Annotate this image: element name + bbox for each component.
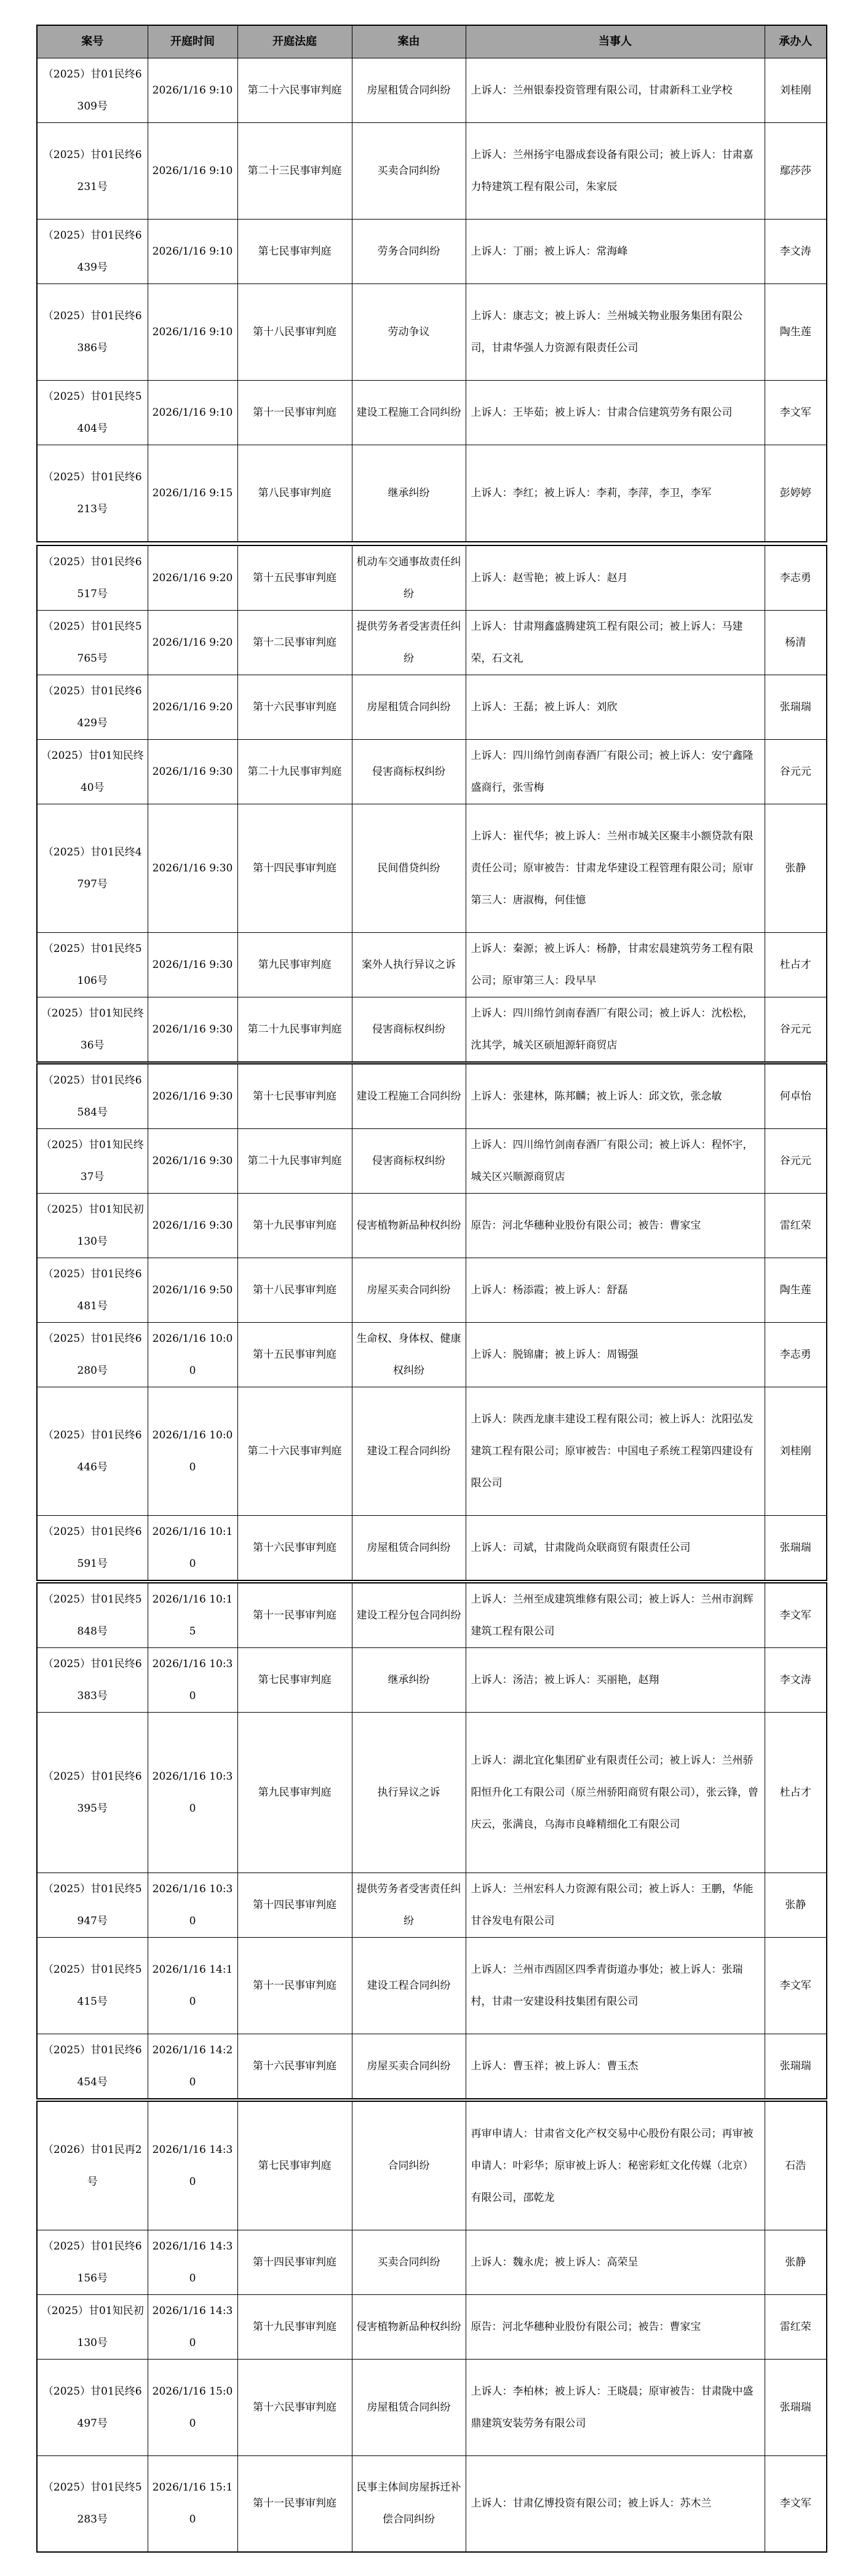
judge-cell: 杜占才 [765, 1713, 827, 1873]
judge-cell: 彭婷婷 [765, 445, 827, 542]
table-row: （2025）甘01民终5283号2026/1/16 15:10第十一民事审判庭民… [37, 2455, 827, 2552]
judge-cell: 杜占才 [765, 933, 827, 997]
hearing-time-cell: 2026/1/16 9:30 [148, 1129, 237, 1194]
case-number-cell: （2025）甘01知民终36号 [37, 997, 148, 1063]
header-courtroom: 开庭法庭 [237, 25, 352, 58]
case-number-cell: （2025）甘01民终5404号 [37, 381, 148, 445]
parties-cell: 上诉人：兰州市西固区四季青街道办事处；被上诉人：张瑞村，甘肃一安建设科技集团有限… [466, 1938, 765, 2034]
parties-cell: 上诉人：杨添霞；被上诉人：舒磊 [466, 1258, 765, 1323]
case-number-cell: （2025）甘01民终6156号 [37, 2230, 148, 2294]
parties-cell: 上诉人：司斌，甘肃陇尚众联商贸有限责任公司 [466, 1516, 765, 1581]
cause-cell: 劳务合同纠纷 [352, 220, 466, 284]
table-row: （2025）甘01民终5848号2026/1/16 10:15第十一民事审判庭建… [37, 1583, 827, 1648]
parties-cell: 上诉人：兰州至成建筑维修有限公司；被上诉人：兰州市润辉建筑工程有限公司 [466, 1583, 765, 1648]
table-row: （2025）甘01民终6386号2026/1/16 9:10第十八民事审判庭劳动… [37, 284, 827, 381]
hearing-time-cell: 2026/1/16 14:10 [148, 1938, 237, 2034]
hearing-time-cell: 2026/1/16 9:10 [148, 381, 237, 445]
courtroom-cell: 第十六民事审判庭 [237, 1516, 352, 1581]
case-number-cell: （2025）甘01民终6309号 [37, 58, 148, 123]
hearing-time-cell: 2026/1/16 14:20 [148, 2034, 237, 2099]
hearing-time-cell: 2026/1/16 10:30 [148, 1713, 237, 1873]
courtroom-cell: 第十六民事审判庭 [237, 2359, 352, 2455]
hearing-time-cell: 2026/1/16 10:30 [148, 1873, 237, 1938]
parties-cell: 原告：河北华穗种业股份有限公司；被告：曹家宝 [466, 1194, 765, 1258]
case-number-cell: （2025）甘01民终6481号 [37, 1258, 148, 1323]
cause-cell: 建设工程分包合同纠纷 [352, 1583, 466, 1648]
cause-cell: 劳动争议 [352, 284, 466, 381]
case-number-cell: （2025）甘01民终6454号 [37, 2034, 148, 2099]
judge-cell: 李志勇 [765, 1323, 827, 1387]
hearing-time-cell: 2026/1/16 14:30 [148, 2230, 237, 2294]
table-section-2: （2025）甘01民终6517号2026/1/16 9:20第十五民事审判庭机动… [36, 545, 826, 1063]
courtroom-cell: 第十一民事审判庭 [237, 2455, 352, 2552]
courtroom-cell: 第二十三民事审判庭 [237, 123, 352, 220]
hearing-time-cell: 2026/1/16 9:20 [148, 545, 237, 611]
table-header-row: 案号 开庭时间 开庭法庭 案由 当事人 承办人 [37, 25, 827, 58]
courtroom-cell: 第九民事审判庭 [237, 933, 352, 997]
parties-cell: 上诉人：王毕茹；被上诉人：甘肃合信建筑劳务有限公司 [466, 381, 765, 445]
table-row: （2025）甘01民终6429号2026/1/16 9:20第十六民事审判庭房屋… [37, 675, 827, 740]
cause-cell: 房屋租赁合同纠纷 [352, 1516, 466, 1581]
parties-cell: 上诉人：甘肃亿博投资有限公司；被上诉人：苏木兰 [466, 2455, 765, 2552]
judge-cell: 张瑞瑞 [765, 2034, 827, 2099]
schedule-table: （2025）甘01民终6584号2026/1/16 9:30第十七民事审判庭建设… [36, 1063, 827, 1581]
judge-cell: 张瑞瑞 [765, 675, 827, 740]
cause-cell: 侵害植物新品种权纠纷 [352, 1194, 466, 1258]
courtroom-cell: 第二十六民事审判庭 [237, 58, 352, 123]
courtroom-cell: 第十二民事审判庭 [237, 611, 352, 675]
courtroom-cell: 第七民事审判庭 [237, 2101, 352, 2230]
parties-cell: 上诉人：李红；被上诉人：李莉，李萍，李卫，李军 [466, 445, 765, 542]
parties-cell: 上诉人：赵雪艳；被上诉人：赵月 [466, 545, 765, 611]
table-row: （2025）甘01知民初130号2026/1/16 9:30第十九民事审判庭侵害… [37, 1194, 827, 1258]
table-row: （2025）甘01民终5106号2026/1/16 9:30第九民事审判庭案外人… [37, 933, 827, 997]
courtroom-cell: 第十一民事审判庭 [237, 381, 352, 445]
case-number-cell: （2025）甘01民终6517号 [37, 545, 148, 611]
cause-cell: 侵害商标权纠纷 [352, 740, 466, 804]
courtroom-cell: 第十九民事审判庭 [237, 1194, 352, 1258]
parties-cell: 上诉人：李柏林；被上诉人：王晓晨；原审被告：甘肃陇中盛鼎建筑安装劳务有限公司 [466, 2359, 765, 2455]
parties-cell: 上诉人：四川绵竹剑南春酒厂有限公司；被上诉人：安宁鑫隆盛商行，张雪梅 [466, 740, 765, 804]
hearing-time-cell: 2026/1/16 9:30 [148, 804, 237, 933]
hearing-time-cell: 2026/1/16 14:30 [148, 2101, 237, 2230]
parties-cell: 上诉人：四川绵竹剑南春酒厂有限公司；被上诉人：程怀宇，城关区兴顺源商贸店 [466, 1129, 765, 1194]
case-number-cell: （2026）甘01民再2号 [37, 2101, 148, 2230]
courtroom-cell: 第十六民事审判庭 [237, 675, 352, 740]
header-parties: 当事人 [466, 25, 765, 58]
cause-cell: 案外人执行异议之诉 [352, 933, 466, 997]
courtroom-cell: 第二十九民事审判庭 [237, 1129, 352, 1194]
judge-cell: 谷元元 [765, 1129, 827, 1194]
judge-cell: 石浩 [765, 2101, 827, 2230]
judge-cell: 李文涛 [765, 1648, 827, 1713]
hearing-time-cell: 2026/1/16 9:10 [148, 284, 237, 381]
table-row: （2025）甘01民终6481号2026/1/16 9:50第十八民事审判庭房屋… [37, 1258, 827, 1323]
cause-cell: 房屋租赁合同纠纷 [352, 675, 466, 740]
hearing-time-cell: 2026/1/16 9:10 [148, 58, 237, 123]
cause-cell: 买卖合同纠纷 [352, 2230, 466, 2294]
cause-cell: 提供劳务者受害责任纠纷 [352, 1873, 466, 1938]
judge-cell: 李文军 [765, 381, 827, 445]
hearing-time-cell: 2026/1/16 10:00 [148, 1323, 237, 1387]
judge-cell: 张静 [765, 804, 827, 933]
table-row: （2025）甘01民终5415号2026/1/16 14:10第十一民事审判庭建… [37, 1938, 827, 2034]
parties-cell: 上诉人：湖北宜化集团矿业有限责任公司；被上诉人：兰州骄阳恒升化工有限公司（原兰州… [466, 1713, 765, 1873]
courtroom-cell: 第二十六民事审判庭 [237, 1387, 352, 1516]
table-row: （2025）甘01民终6454号2026/1/16 14:20第十六民事审判庭房… [37, 2034, 827, 2099]
cause-cell: 建设工程合同纠纷 [352, 1938, 466, 2034]
cause-cell: 机动车交通事故责任纠纷 [352, 545, 466, 611]
header-hearing-time: 开庭时间 [148, 25, 237, 58]
table-row: （2025）甘01民终6383号2026/1/16 10:30第七民事审判庭继承… [37, 1648, 827, 1713]
table-row: （2025）甘01民终6213号2026/1/16 9:15第八民事审判庭继承纠… [37, 445, 827, 542]
table-row: （2025）甘01民终6280号2026/1/16 10:00第十五民事审判庭生… [37, 1323, 827, 1387]
table-row: （2025）甘01民终6156号2026/1/16 14:30第十四民事审判庭买… [37, 2230, 827, 2294]
judge-cell: 李文涛 [765, 220, 827, 284]
courtroom-cell: 第十四民事审判庭 [237, 1873, 352, 1938]
hearing-time-cell: 2026/1/16 10:00 [148, 1387, 237, 1516]
table-row: （2025）甘01民终5765号2026/1/16 9:20第十二民事审判庭提供… [37, 611, 827, 675]
case-number-cell: （2025）甘01知民初130号 [37, 1194, 148, 1258]
cause-cell: 民间借贷纠纷 [352, 804, 466, 933]
table-section-1: 案号 开庭时间 开庭法庭 案由 当事人 承办人 （2025）甘01民终6309号… [36, 25, 826, 542]
case-number-cell: （2025）甘01民终5283号 [37, 2455, 148, 2552]
hearing-time-cell: 2026/1/16 10:15 [148, 1583, 237, 1648]
cause-cell: 建设工程合同纠纷 [352, 1387, 466, 1516]
table-row: （2025）甘01知民终40号2026/1/16 9:30第二十九民事审判庭侵害… [37, 740, 827, 804]
table-row: （2025）甘01民终5947号2026/1/16 10:30第十四民事审判庭提… [37, 1873, 827, 1938]
courtroom-cell: 第八民事审判庭 [237, 445, 352, 542]
case-number-cell: （2025）甘01民终6213号 [37, 445, 148, 542]
cause-cell: 继承纠纷 [352, 445, 466, 542]
courtroom-cell: 第七民事审判庭 [237, 1648, 352, 1713]
judge-cell: 何卓怡 [765, 1064, 827, 1129]
schedule-table: （2025）甘01民终6517号2026/1/16 9:20第十五民事审判庭机动… [36, 545, 827, 1063]
case-number-cell: （2025）甘01知民终40号 [37, 740, 148, 804]
cause-cell: 房屋租赁合同纠纷 [352, 2359, 466, 2455]
parties-cell: 上诉人：张建林，陈邦麟；被上诉人：邱文钦，张念敏 [466, 1064, 765, 1129]
hearing-time-cell: 2026/1/16 9:10 [148, 123, 237, 220]
case-number-cell: （2025）甘01民终5415号 [37, 1938, 148, 2034]
case-number-cell: （2025）甘01民终4797号 [37, 804, 148, 933]
cause-cell: 房屋买卖合同纠纷 [352, 1258, 466, 1323]
judge-cell: 李文军 [765, 1583, 827, 1648]
table-row: （2025）甘01民终6446号2026/1/16 10:00第二十六民事审判庭… [37, 1387, 827, 1516]
cause-cell: 民事主体间房屋拆迁补偿合同纠纷 [352, 2455, 466, 2552]
hearing-time-cell: 2026/1/16 9:10 [148, 220, 237, 284]
courtroom-cell: 第十四民事审判庭 [237, 804, 352, 933]
courtroom-cell: 第七民事审判庭 [237, 220, 352, 284]
hearing-time-cell: 2026/1/16 9:50 [148, 1258, 237, 1323]
parties-cell: 上诉人：康志文；被上诉人：兰州城关物业服务集团有限公司，甘肃华强人力资源有限责任… [466, 284, 765, 381]
hearing-time-cell: 2026/1/16 10:10 [148, 1516, 237, 1581]
case-number-cell: （2025）甘01民终6429号 [37, 675, 148, 740]
case-number-cell: （2025）甘01民终6395号 [37, 1713, 148, 1873]
parties-cell: 上诉人：曹玉祥；被上诉人：曹玉杰 [466, 2034, 765, 2099]
schedule-table: 案号 开庭时间 开庭法庭 案由 当事人 承办人 （2025）甘01民终6309号… [36, 25, 827, 542]
table-section-3: （2025）甘01民终6584号2026/1/16 9:30第十七民事审判庭建设… [36, 1063, 826, 1581]
cause-cell: 建设工程施工合同纠纷 [352, 1064, 466, 1129]
case-number-cell: （2025）甘01民终6584号 [37, 1064, 148, 1129]
parties-cell: 再审申请人：甘肃省文化产权交易中心股份有限公司；再审被申请人：叶彩华；原审被上诉… [466, 2101, 765, 2230]
table-row: （2026）甘01民再2号2026/1/16 14:30第七民事审判庭合同纠纷再… [37, 2101, 827, 2230]
judge-cell: 雷红荣 [765, 1194, 827, 1258]
case-number-cell: （2025）甘01知民终37号 [37, 1129, 148, 1194]
cause-cell: 继承纠纷 [352, 1648, 466, 1713]
table-row: （2025）甘01民终5404号2026/1/16 9:10第十一民事审判庭建设… [37, 381, 827, 445]
schedule-table: （2025）甘01民终5848号2026/1/16 10:15第十一民事审判庭建… [36, 1582, 827, 2099]
cause-cell: 侵害植物新品种权纠纷 [352, 2294, 466, 2359]
parties-cell: 上诉人：兰州宏科人力资源有限公司；被上诉人：王鹏，华能甘谷发电有限公司 [466, 1873, 765, 1938]
table-section-4: （2025）甘01民终5848号2026/1/16 10:15第十一民事审判庭建… [36, 1582, 826, 2099]
case-number-cell: （2025）甘01民终5848号 [37, 1583, 148, 1648]
judge-cell: 张瑞瑞 [765, 1516, 827, 1581]
parties-cell: 上诉人：汤洁；被上诉人：买丽艳，赵翔 [466, 1648, 765, 1713]
hearing-time-cell: 2026/1/16 9:30 [148, 1064, 237, 1129]
table-row: （2025）甘01民终6395号2026/1/16 10:30第九民事审判庭执行… [37, 1713, 827, 1873]
table-row: （2025）甘01知民初130号2026/1/16 14:30第十九民事审判庭侵… [37, 2294, 827, 2359]
courtroom-cell: 第九民事审判庭 [237, 1713, 352, 1873]
parties-cell: 上诉人：王磊；被上诉人：刘欣 [466, 675, 765, 740]
judge-cell: 张瑞瑞 [765, 2359, 827, 2455]
hearing-time-cell: 2026/1/16 9:15 [148, 445, 237, 542]
table-row: （2025）甘01民终6584号2026/1/16 9:30第十七民事审判庭建设… [37, 1064, 827, 1129]
case-number-cell: （2025）甘01民终6386号 [37, 284, 148, 381]
parties-cell: 上诉人：兰州银泰投资管理有限公司，甘肃新科工业学校 [466, 58, 765, 123]
judge-cell: 陶生莲 [765, 284, 827, 381]
table-row: （2025）甘01民终6309号2026/1/16 9:10第二十六民事审判庭房… [37, 58, 827, 123]
cause-cell: 房屋买卖合同纠纷 [352, 2034, 466, 2099]
parties-cell: 原告：河北华穗种业股份有限公司；被告：曹家宝 [466, 2294, 765, 2359]
hearing-time-cell: 2026/1/16 9:20 [148, 611, 237, 675]
cause-cell: 侵害商标权纠纷 [352, 997, 466, 1063]
case-number-cell: （2025）甘01知民初130号 [37, 2294, 148, 2359]
judge-cell: 谷元元 [765, 997, 827, 1063]
table-row: （2025）甘01知民终36号2026/1/16 9:30第二十九民事审判庭侵害… [37, 997, 827, 1063]
hearing-time-cell: 2026/1/16 9:30 [148, 997, 237, 1063]
table-row: （2025）甘01民终6231号2026/1/16 9:10第二十三民事审判庭买… [37, 123, 827, 220]
header-case-no: 案号 [37, 25, 148, 58]
table-row: （2025）甘01知民终37号2026/1/16 9:30第二十九民事审判庭侵害… [37, 1129, 827, 1194]
hearing-time-cell: 2026/1/16 10:30 [148, 1648, 237, 1713]
parties-cell: 上诉人：丁丽；被上诉人：常海峰 [466, 220, 765, 284]
parties-cell: 上诉人：陕西龙康丰建设工程有限公司；被上诉人：沈阳弘发建筑工程有限公司；原审被告… [466, 1387, 765, 1516]
cause-cell: 提供劳务者受害责任纠纷 [352, 611, 466, 675]
judge-cell: 李文军 [765, 1938, 827, 2034]
parties-cell: 上诉人：甘肃翔鑫盛腾建筑工程有限公司；被上诉人：马建荣，石文礼 [466, 611, 765, 675]
judge-cell: 李文军 [765, 2455, 827, 2552]
table-row: （2025）甘01民终4797号2026/1/16 9:30第十四民事审判庭民间… [37, 804, 827, 933]
courtroom-cell: 第十九民事审判庭 [237, 2294, 352, 2359]
judge-cell: 张静 [765, 1873, 827, 1938]
table-section-5: （2026）甘01民再2号2026/1/16 14:30第七民事审判庭合同纠纷再… [36, 2101, 826, 2553]
table-row: （2025）甘01民终6517号2026/1/16 9:20第十五民事审判庭机动… [37, 545, 827, 611]
case-number-cell: （2025）甘01民终6446号 [37, 1387, 148, 1516]
judge-cell: 刘桂刚 [765, 58, 827, 123]
judge-cell: 陶生莲 [765, 1258, 827, 1323]
case-number-cell: （2025）甘01民终6439号 [37, 220, 148, 284]
case-number-cell: （2025）甘01民终6383号 [37, 1648, 148, 1713]
courtroom-cell: 第十一民事审判庭 [237, 1583, 352, 1648]
table-row: （2025）甘01民终6439号2026/1/16 9:10第七民事审判庭劳务合… [37, 220, 827, 284]
cause-cell: 生命权、身体权、健康权纠纷 [352, 1323, 466, 1387]
courtroom-cell: 第十六民事审判庭 [237, 2034, 352, 2099]
cause-cell: 侵害商标权纠纷 [352, 1129, 466, 1194]
schedule-table: （2026）甘01民再2号2026/1/16 14:30第七民事审判庭合同纠纷再… [36, 2101, 827, 2553]
table-row: （2025）甘01民终6591号2026/1/16 10:10第十六民事审判庭房… [37, 1516, 827, 1581]
table-row: （2025）甘01民终6497号2026/1/16 15:00第十六民事审判庭房… [37, 2359, 827, 2455]
case-number-cell: （2025）甘01民终5765号 [37, 611, 148, 675]
judge-cell: 刘桂刚 [765, 1387, 827, 1516]
courtroom-cell: 第十一民事审判庭 [237, 1938, 352, 2034]
case-number-cell: （2025）甘01民终5947号 [37, 1873, 148, 1938]
parties-cell: 上诉人：兰州扬宇电器成套设备有限公司；被上诉人：甘肃嘉力特建筑工程有限公司，朱家… [466, 123, 765, 220]
hearing-time-cell: 2026/1/16 9:30 [148, 740, 237, 804]
header-cause: 案由 [352, 25, 466, 58]
judge-cell: 谷元元 [765, 740, 827, 804]
judge-cell: 张静 [765, 2230, 827, 2294]
parties-cell: 上诉人：四川绵竹剑南春酒厂有限公司；被上诉人：沈松松，沈其学，城关区硕旭源轩商贸… [466, 997, 765, 1063]
courtroom-cell: 第十五民事审判庭 [237, 1323, 352, 1387]
judge-cell: 李志勇 [765, 545, 827, 611]
hearing-time-cell: 2026/1/16 9:20 [148, 675, 237, 740]
case-number-cell: （2025）甘01民终5106号 [37, 933, 148, 997]
courtroom-cell: 第二十九民事审判庭 [237, 997, 352, 1063]
courtroom-cell: 第十四民事审判庭 [237, 2230, 352, 2294]
case-number-cell: （2025）甘01民终6591号 [37, 1516, 148, 1581]
cause-cell: 房屋租赁合同纠纷 [352, 58, 466, 123]
parties-cell: 上诉人：魏永虎；被上诉人：高荣呈 [466, 2230, 765, 2294]
case-number-cell: （2025）甘01民终6231号 [37, 123, 148, 220]
hearing-time-cell: 2026/1/16 15:00 [148, 2359, 237, 2455]
parties-cell: 上诉人：崔代华；被上诉人：兰州市城关区聚丰小额贷款有限责任公司；原审被告：甘肃龙… [466, 804, 765, 933]
courtroom-cell: 第二十九民事审判庭 [237, 740, 352, 804]
cause-cell: 合同纠纷 [352, 2101, 466, 2230]
judge-cell: 杨清 [765, 611, 827, 675]
case-number-cell: （2025）甘01民终6280号 [37, 1323, 148, 1387]
header-judge: 承办人 [765, 25, 827, 58]
judge-cell: 雷红荣 [765, 2294, 827, 2359]
hearing-time-cell: 2026/1/16 9:30 [148, 933, 237, 997]
courtroom-cell: 第十八民事审判庭 [237, 284, 352, 381]
courtroom-cell: 第十七民事审判庭 [237, 1064, 352, 1129]
parties-cell: 上诉人：脱锦庸；被上诉人：周锡强 [466, 1323, 765, 1387]
parties-cell: 上诉人：秦源；被上诉人：杨静，甘肃宏晨建筑劳务工程有限公司；原审第三人：段早早 [466, 933, 765, 997]
hearing-time-cell: 2026/1/16 14:30 [148, 2294, 237, 2359]
cause-cell: 建设工程施工合同纠纷 [352, 381, 466, 445]
case-number-cell: （2025）甘01民终6497号 [37, 2359, 148, 2455]
cause-cell: 执行异议之诉 [352, 1713, 466, 1873]
cause-cell: 买卖合同纠纷 [352, 123, 466, 220]
courtroom-cell: 第十五民事审判庭 [237, 545, 352, 611]
courtroom-cell: 第十八民事审判庭 [237, 1258, 352, 1323]
judge-cell: 鄢莎莎 [765, 123, 827, 220]
hearing-time-cell: 2026/1/16 15:10 [148, 2455, 237, 2552]
hearing-time-cell: 2026/1/16 9:30 [148, 1194, 237, 1258]
